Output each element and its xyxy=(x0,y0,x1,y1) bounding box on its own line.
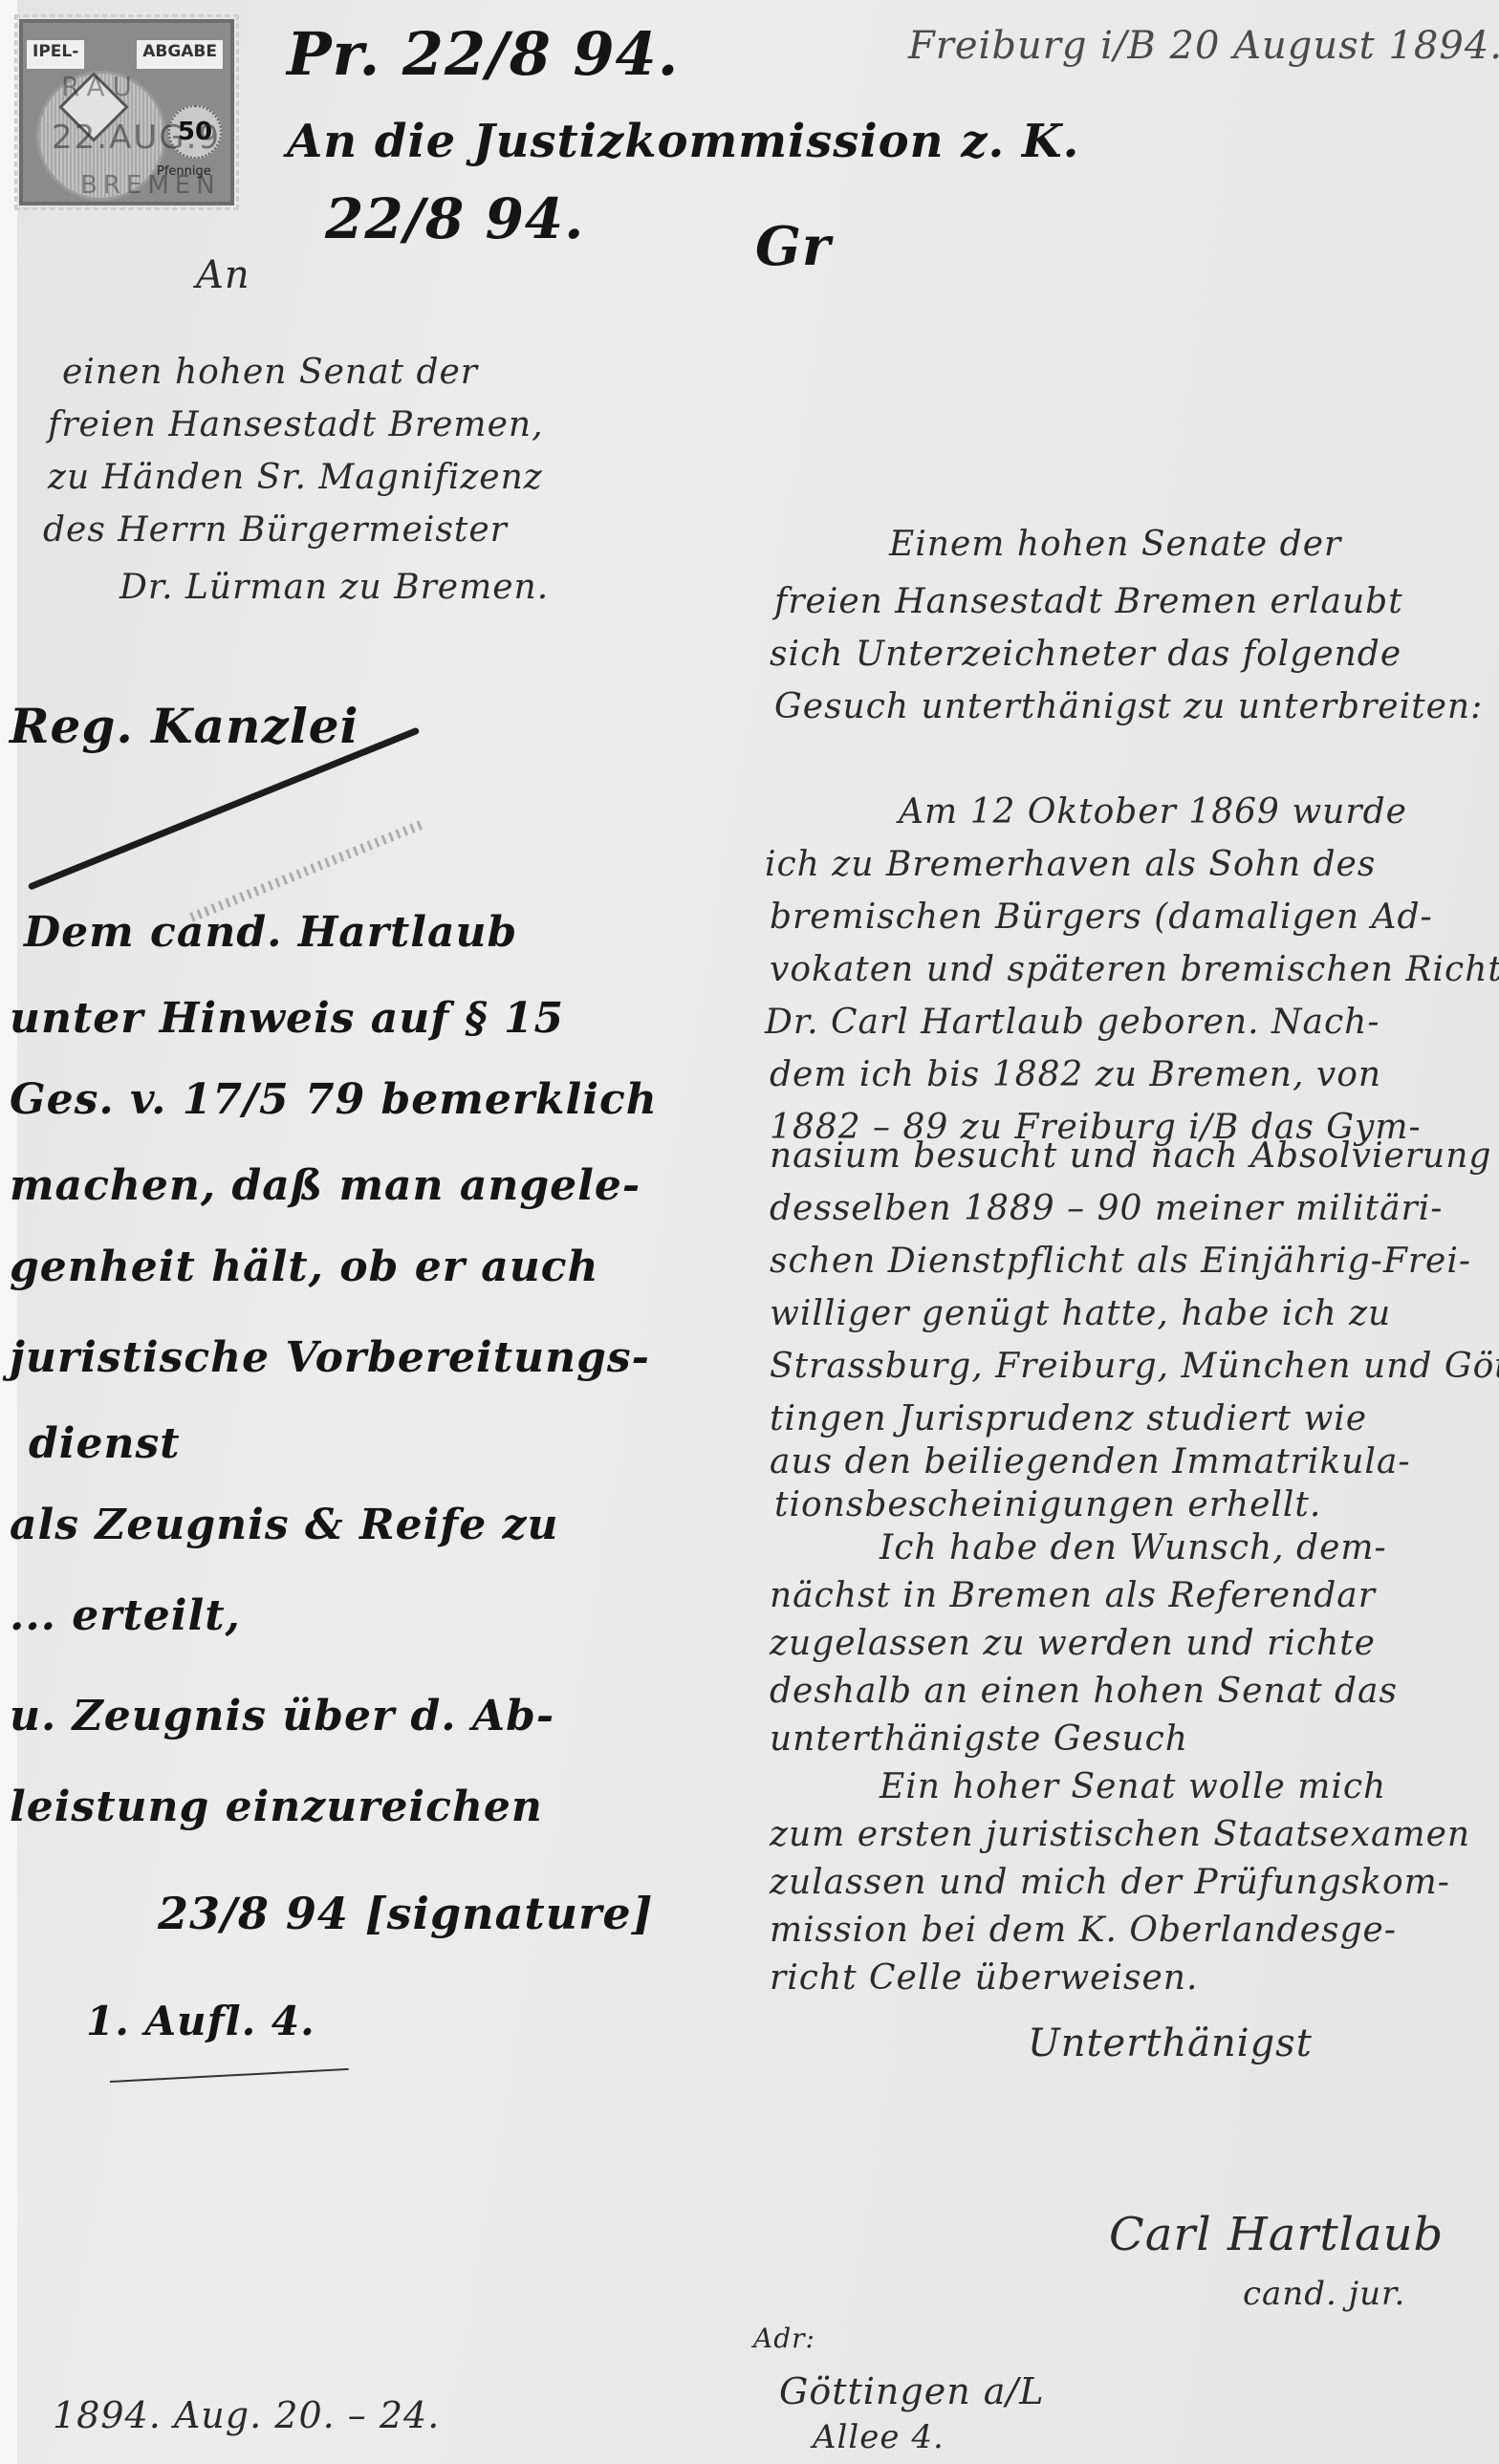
initials: Gr xyxy=(755,215,831,278)
address-line: zu Händen Sr. Magnifizenz xyxy=(48,449,543,507)
body-line: dem ich bis 1882 zu Bremen, von xyxy=(770,1047,1381,1104)
body-line: Strassburg, Freiburg, München und Göt- xyxy=(770,1338,1499,1395)
sender-address-street: Allee 4. xyxy=(813,2418,945,2456)
sender-address-label: Adr: xyxy=(753,2323,815,2354)
marginal-filing-note: 1. Aufl. 4. xyxy=(86,1998,315,2044)
forward-note: An die Justizkommission z. K. xyxy=(287,115,1079,168)
body-line: Gesuch unterthänigst zu unterbreiten: xyxy=(774,679,1483,736)
stamp-band-left: IPEL- xyxy=(27,40,84,69)
signature: Carl Hartlaub xyxy=(1109,2208,1444,2261)
address-line: Dr. Lürman zu Bremen. xyxy=(119,559,549,616)
registry-number: Pr. 22/8 94. xyxy=(287,19,679,89)
body-line: richt Celle überweisen. xyxy=(770,1950,1198,2007)
body-line: williger genügt hatte, habe ich zu xyxy=(770,1286,1391,1343)
marginal-heading: Reg. Kanzlei xyxy=(10,698,359,754)
stamp-overprint: RAU xyxy=(61,71,140,102)
place-date: Freiburg i/B 20 August 1894. xyxy=(908,24,1499,68)
marginal-line: leistung einzureichen xyxy=(10,1783,543,1831)
stamp-city: BREMEN xyxy=(80,171,221,200)
body-line: desselben 1889 – 90 meiner militäri- xyxy=(770,1180,1443,1238)
body-line: nasium besucht und nach Absolvierung xyxy=(770,1128,1491,1185)
marginal-line: Ges. v. 17/5 79 bemerklich xyxy=(10,1075,658,1124)
revenue-stamp: IPEL- ABGABE RAU 50 Pfennige 22.AUG.9 BR… xyxy=(19,19,234,205)
signature-title: cand. jur. xyxy=(1243,2275,1405,2313)
archive-date-note: 1894. Aug. 20. – 24. xyxy=(53,2394,440,2436)
scan-edge xyxy=(0,0,17,2464)
marginal-line: dienst xyxy=(29,1419,181,1468)
valediction: Unterthänigst xyxy=(1028,2021,1313,2065)
body-line: bremischen Bürgers (damaligen Ad- xyxy=(770,889,1433,946)
marginal-line: als Zeugnis & Reife zu xyxy=(10,1501,559,1549)
address-line: An xyxy=(196,253,250,297)
body-line: Einem hohen Senate der xyxy=(889,516,1341,573)
address-line: einen hohen Senat der xyxy=(62,344,478,401)
stamp-cancel-date: 22.AUG.9 xyxy=(52,119,221,157)
marginal-line: juristische Vorbereitungs- xyxy=(10,1333,650,1382)
body-line: vokaten und späteren bremischen Richters… xyxy=(770,941,1499,999)
marginal-line: machen, daß man angele- xyxy=(10,1161,641,1210)
body-line: Am 12 Oktober 1869 wurde xyxy=(899,784,1407,841)
marginal-line: u. Zeugnis über d. Ab- xyxy=(10,1692,554,1740)
stamp-band: IPEL- ABGABE xyxy=(27,40,223,69)
body-line: ich zu Bremerhaven als Sohn des xyxy=(765,836,1376,894)
address-line: freien Hansestadt Bremen, xyxy=(48,397,544,454)
address-line: des Herrn Bürgermeister xyxy=(43,502,508,559)
marginal-line: unter Hinweis auf § 15 xyxy=(10,994,564,1043)
sender-address-city: Göttingen a/L xyxy=(779,2370,1044,2412)
marginal-date-signature: 23/8 94 [signature] xyxy=(158,1888,653,1939)
body-line: freien Hansestadt Bremen erlaubt xyxy=(774,573,1403,631)
body-line: schen Dienstpflicht als Einjährig-Frei- xyxy=(770,1233,1471,1290)
marginal-line: Dem cand. Hartlaub xyxy=(24,908,517,957)
body-line: Dr. Carl Hartlaub geboren. Nach- xyxy=(765,994,1380,1051)
body-line: sich Unterzeichneter das folgende xyxy=(770,626,1401,683)
marginal-line: ... erteilt, xyxy=(10,1591,241,1640)
marginal-line: genheit hält, ob er auch xyxy=(10,1243,598,1291)
forward-date: 22/8 94. xyxy=(325,186,584,251)
stamp-band-right: ABGABE xyxy=(137,40,223,69)
